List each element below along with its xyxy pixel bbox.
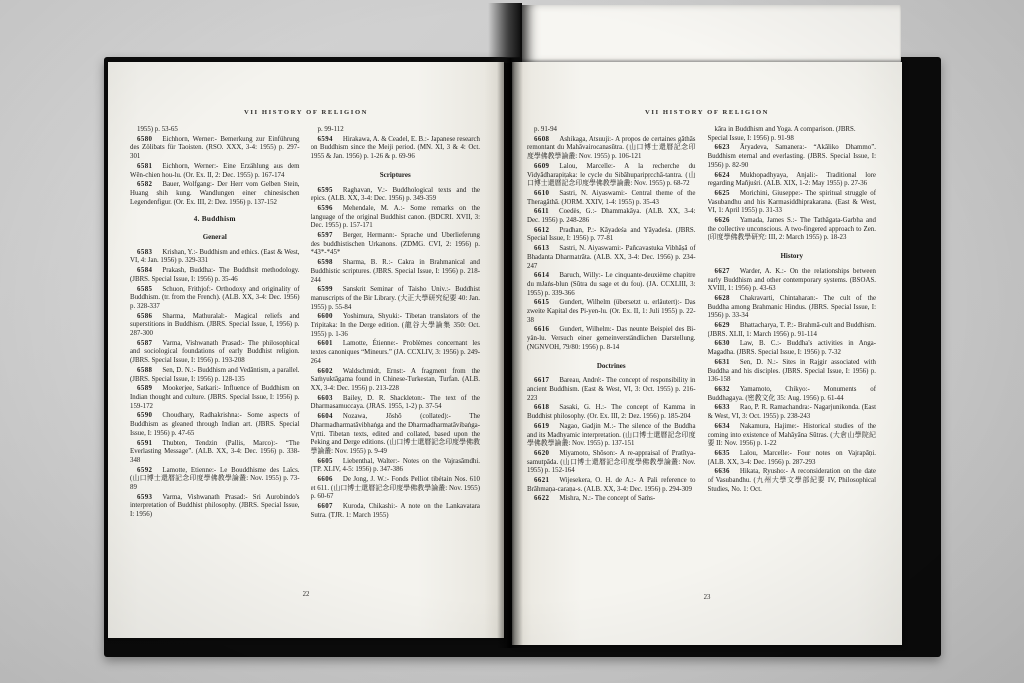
bib-entry: 6614Baruch, Willy:- Le cinquante-deuxièm… [527, 272, 696, 298]
entry-number: 6626 [715, 217, 740, 224]
bib-entry: 6597Berger, Hermann:- Sprache und Uberli… [311, 232, 481, 258]
entry-text: p. 99-112 [318, 126, 344, 133]
entry-number: 6628 [715, 295, 740, 302]
bib-entry: 6598Sharma, B. R.:- Cakra in Brahmanical… [311, 259, 481, 285]
entry-number: 6620 [534, 450, 559, 457]
entry-number: 6585 [137, 286, 162, 293]
entry-number: 6594 [318, 136, 343, 143]
bib-entry: 6628Chakravarti, Chintaharan:- The cult … [708, 295, 877, 321]
bib-entry: 6632Yamamoto, Chikyo:- Monuments of Budd… [708, 386, 877, 403]
bib-entry: 6636Hikata, Ryusho:- A reconsideration o… [708, 468, 877, 494]
bib-entry: 6627Warder, A. K.:- On the relationships… [708, 268, 877, 294]
entry-number: 6633 [715, 404, 740, 411]
column-1: p. 91-946608Ashikaga, Atsuuji:- A propos… [527, 126, 696, 611]
page-left: VII HISTORY OF RELIGION 1955) p. 53-6565… [108, 62, 504, 638]
page-number: 23 [512, 594, 902, 601]
entry-number: 6634 [715, 423, 740, 430]
bib-entry: 6615Gundert, Wilhelm (übersetzt u. erläu… [527, 299, 696, 325]
bib-entry: 6621Wijesekera, O. H. de A.:- A Pali ref… [527, 477, 696, 494]
bib-entry: 6593Varma, Vishwanath Prasad:- Sri Aurob… [130, 494, 300, 520]
entry-number: 6602 [318, 368, 343, 375]
bib-entry: 6596Mehendale, M. A.:- Some remarks on t… [311, 205, 481, 231]
bib-entry: 6580Eichhorn, Werner:- Bemerkung zur Ein… [130, 136, 300, 162]
section-heading: History [708, 252, 877, 261]
bib-entry: 6610Sastri, N. Aiyaswami:- Central theme… [527, 190, 696, 207]
entry-number: 6625 [715, 190, 740, 197]
bib-entry: 6595Raghavan, V.:- Buddhological texts a… [311, 187, 481, 204]
bib-entry: 6625Morichini, Giuseppe:- The spiritual … [708, 190, 877, 216]
entry-number: 6618 [534, 404, 559, 411]
section-heading: 4. Buddhism [130, 215, 300, 224]
entry-number: 6588 [137, 367, 162, 374]
entry-number: 6595 [318, 187, 343, 194]
bib-entry: 6616Gundert, Wilhelm:- Das neunte Beispi… [527, 326, 696, 352]
entry-number: 6632 [715, 386, 740, 393]
bib-entry: 6585Schuon, Frithjof:- Orthodoxy and ori… [130, 286, 300, 312]
entry-number: 6621 [534, 477, 559, 484]
continuation-text: p. 99-112 [311, 126, 481, 135]
bib-entry: 6601Lamotte, Étienne:- Problèmes concern… [311, 340, 481, 366]
bib-entry: 6633Rao, P. R. Ramachandra:- Nagarjuniko… [708, 404, 877, 421]
entry-number: 6622 [534, 495, 559, 502]
section-heading: Doctrines [527, 362, 696, 371]
bib-entry: 6581Eichhorn, Werner:- Eine Erzählung au… [130, 163, 300, 180]
entry-number: 6591 [137, 440, 162, 447]
entry-number: 6617 [534, 377, 559, 384]
entry-number: 6586 [137, 313, 162, 320]
entry-number: 6584 [137, 267, 162, 274]
bib-entry: 6603Bailey, D. R. Shackleton:- The text … [311, 395, 481, 412]
bib-entry: 6591Thubten, Tendzin (Pallis, Marco):- “… [130, 440, 300, 466]
entry-number: 6581 [137, 163, 162, 170]
bib-entry: 6582Bauer, Wolfgang:- Der Herr vom Gelbe… [130, 181, 300, 207]
entry-number: 6599 [318, 286, 343, 293]
continuation-text: 1955) p. 53-65 [130, 126, 300, 135]
bib-entry: 6619Nagao, Gadjin M.:- The silence of th… [527, 423, 696, 449]
entry-number: 6603 [318, 395, 343, 402]
entry-number: 6592 [137, 467, 162, 474]
bib-entry: 6602Waldschmidt, Ernst:- A fragment from… [311, 368, 481, 394]
bib-entry: 6600Yoshimura, Shyuki:- Tibetan translat… [311, 313, 481, 339]
entry-number: 6635 [715, 450, 740, 457]
column-2: kāra in Buddhism and Yoga. A comparison.… [708, 126, 877, 611]
bib-entry: 6624Mukhopadhyaya, Anjali:- Traditional … [708, 172, 877, 189]
bib-entry: 6631Sen, D. N.:- Sites in Rajgir associa… [708, 359, 877, 385]
continuation-text: kāra in Buddhism and Yoga. A comparison.… [708, 126, 877, 143]
bib-entry: 6584Prakash, Buddha:- The Buddhsit metho… [130, 267, 300, 284]
bib-entry: 6629Bhattacharya, T. P.:- Brahmā-cult an… [708, 322, 877, 339]
entry-text: p. 91-94 [534, 126, 557, 133]
bib-entry: 6618Sasaki, G. H.:- The concept of Kamma… [527, 404, 696, 421]
entry-number: 6601 [318, 340, 343, 347]
entry-number: 6583 [137, 249, 162, 256]
entry-number: 6612 [534, 227, 559, 234]
bib-entry: 6613Sastri, N. Aiyaswami:- Pañcavastuka … [527, 245, 696, 271]
entry-number: 6613 [534, 245, 559, 252]
book-photo: VII HISTORY OF RELIGION 1955) p. 53-6565… [0, 0, 1024, 683]
entry-number: 6615 [534, 299, 559, 306]
continuation-text: p. 91-94 [527, 126, 696, 135]
bib-entry: 6583Krishan, Y.:- Buddhism and ethics. (… [130, 249, 300, 266]
entry-number: 6624 [715, 172, 740, 179]
entry-number: 6587 [137, 340, 162, 347]
running-head: VII HISTORY OF RELIGION [512, 109, 902, 116]
bib-entry: 6617Bareau, André:- The concept of respo… [527, 377, 696, 403]
bib-entry: 6587Varma, Vishwanath Prasad:- The philo… [130, 340, 300, 366]
entry-number: 6611 [534, 208, 559, 215]
bib-entry: 6607Kuroda, Chikashi:- A note on the Lan… [311, 503, 481, 520]
bib-entry: 6594Hirakawa, A. & Ceadel, E. B.:- Japan… [311, 136, 481, 162]
entry-number: 6609 [534, 163, 559, 170]
entry-number: 6596 [318, 205, 343, 212]
bib-entry: 6590Choudhary, Radhakrishna:- Some aspec… [130, 412, 300, 438]
entry-number: 6608 [534, 136, 559, 143]
bib-entry: 6630Law, B. C.:- Buddha's activities in … [708, 340, 877, 357]
entry-number: 6589 [137, 385, 162, 392]
entry-text: Mishra, N.:- The concept of Saṁs- [559, 495, 655, 502]
page-edge-tab [520, 5, 901, 62]
entry-number: 6598 [318, 259, 343, 266]
bib-entry: 6626Yamada, James S.:- The Tathāgata-Gar… [708, 217, 877, 243]
entry-number: 6629 [715, 322, 740, 329]
bib-entry: 6622Mishra, N.:- The concept of Saṁs- [527, 495, 696, 504]
entry-number: 6600 [318, 313, 343, 320]
entry-number: 6606 [318, 476, 343, 483]
entry-number: 6614 [534, 272, 559, 279]
entry-number: 6582 [137, 181, 162, 188]
page-left-columns: 1955) p. 53-656580Eichhorn, Werner:- Bem… [130, 126, 480, 592]
bib-entry: 6586Sharma, Mathuralal:- Magical reliefs… [130, 313, 300, 339]
page-right-columns: p. 91-946608Ashikaga, Atsuuji:- A propos… [527, 126, 876, 611]
entry-number: 6580 [137, 136, 162, 143]
bib-entry: 6589Mookerjee, Satkari:- Influence of Bu… [130, 385, 300, 411]
entry-number: 6610 [534, 190, 559, 197]
spine-shadow-top [488, 3, 522, 63]
bib-entry: 6634Nakamura, Hajime:- Historical studie… [708, 423, 877, 449]
page-right: VII HISTORY OF RELIGION p. 91-946608Ashi… [512, 62, 902, 645]
entry-number: 6619 [534, 423, 559, 430]
entry-number: 6607 [318, 503, 343, 510]
bib-entry: 6606De Jong, J. W.:- Fonds Pelliot tibét… [311, 476, 481, 502]
entry-text: 1955) p. 53-65 [137, 126, 178, 133]
entry-number: 6590 [137, 412, 162, 419]
entry-number: 6597 [318, 232, 343, 239]
entry-number: 6604 [318, 413, 343, 420]
section-heading: Scriptures [311, 171, 481, 180]
bib-entry: 6609Lalou, Marcelle:- A la recherche du … [527, 163, 696, 189]
bib-entry: 6635Lalou, Marcelle:- Four notes on Vajr… [708, 450, 877, 467]
bib-entry: 6604Nozawa, Jōshō (collated):- The Dharm… [311, 413, 481, 457]
bib-entry: 6620Miyamoto, Shōson:- A re-appraisal of… [527, 450, 696, 476]
column-1: 1955) p. 53-656580Eichhorn, Werner:- Bem… [130, 126, 300, 592]
page-number: 22 [108, 591, 504, 598]
entry-number: 6623 [715, 144, 740, 151]
bib-entry: 6623Āryadeva, Samanera:- “Akāliko Dhammo… [708, 144, 877, 170]
bib-entry: 6608Ashikaga, Atsuuji:- A propos de cert… [527, 136, 696, 162]
entry-text: kāra in Buddhism and Yoga. A comparison.… [708, 126, 856, 142]
entry-number: 6636 [715, 468, 740, 475]
entry-number: 6605 [318, 458, 343, 465]
bib-entry: 6605Liebenthal, Walter:- Notes on the Va… [311, 458, 481, 475]
entry-number: 6630 [715, 340, 740, 347]
entry-number: 6616 [534, 326, 559, 333]
entry-number: 6627 [715, 268, 740, 275]
bib-entry: 6611Coedès, G.:- Dhammakāya. (ALB. XX, 3… [527, 208, 696, 225]
column-2: p. 99-1126594Hirakawa, A. & Ceadel, E. B… [311, 126, 481, 592]
bib-entry: 6599Sanskrit Seminar of Taisho Univ.:- B… [311, 286, 481, 312]
bib-entry: 6612Pradhan, P.:- Kāyadeśa and Yāyadeśa.… [527, 227, 696, 244]
bib-entry: 6588Sen, D. N.:- Buddhism and Vedāntism,… [130, 367, 300, 384]
section-heading: General [130, 233, 300, 242]
bib-entry: 6592Lamotte, Etienne:- Le Bouddhisme des… [130, 467, 300, 493]
entry-number: 6631 [715, 359, 740, 366]
entry-number: 6593 [137, 494, 162, 501]
running-head: VII HISTORY OF RELIGION [108, 109, 504, 116]
